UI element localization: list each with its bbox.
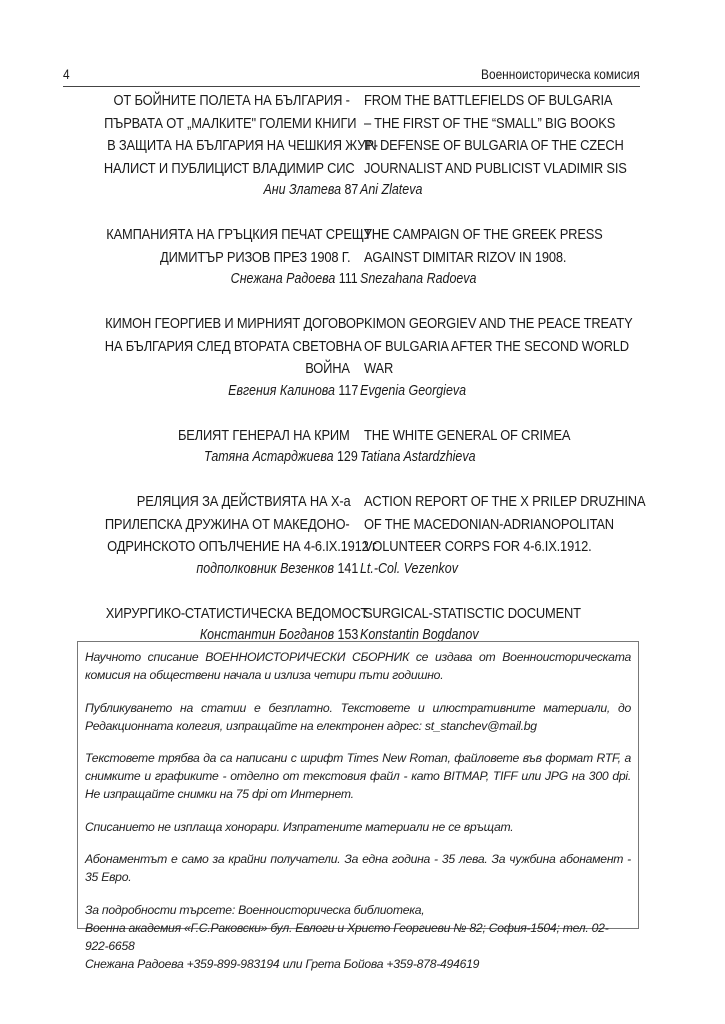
title-bulgarian: КАМПАНИЯТА НА ГРЪЦКИЯ ПЕЧАТ СРЕЩУДИМИТЪР… (63, 224, 358, 269)
author-english: Snezahana Radoeva (360, 269, 476, 289)
toc-entry: ОТ БОЙНИТЕ ПОЛЕТА НА БЪЛГАРИЯ -ПЪРВАТА О… (63, 90, 653, 200)
author-bulgarian: Татяна Астарджиева (204, 449, 333, 465)
title-english: ACTION REPORT OF THE X PRILEP DRUZHINAOF… (358, 491, 653, 559)
title-line: ACTION REPORT OF THE X PRILEP DRUZHINA (364, 491, 645, 514)
author-bulgarian: Ани Златева (263, 182, 341, 198)
title-line: КИМОН ГЕОРГИЕВ И МИРНИЯТ ДОГОВОР (105, 313, 364, 336)
author-english: Tatiana Astardzhieva (360, 447, 476, 467)
contact-info: За подробности търсете: Военноисторическ… (85, 901, 631, 973)
title-line: KIMON GEORGIEV AND THE PEACE TREATY (364, 313, 633, 336)
title-line: ПРИЛЕПСКА ДРУЖИНА ОТ МАКЕДОНО- (105, 514, 350, 537)
title-english: THE CAMPAIGN OF THE GREEK PRESSAGAINST D… (358, 224, 653, 269)
toc-entry: ХИРУРГИКО-СТАТИСТИЧЕСКА ВЕДОМОСТSURGICAL… (63, 603, 653, 646)
page-ref: 111 (339, 271, 358, 287)
publication-info-box: Научното списание ВОЕННОИСТОРИЧЕСКИ СБОР… (77, 641, 639, 929)
title-bulgarian: ХИРУРГИКО-СТАТИСТИЧЕСКА ВЕДОМОСТ (63, 603, 358, 626)
contact-line: За подробности търсете: Военноисторическ… (85, 903, 424, 917)
page-ref: 87 (344, 182, 358, 198)
author-english: Evgenia Georgieva (360, 381, 466, 401)
title-line: – THE FIRST OF THE “SMALL” BIG BOOKS (364, 113, 615, 136)
title-line: РЕЛЯЦИЯ ЗА ДЕЙСТВИЯТА НА Х-а (136, 491, 350, 514)
author-english: Ani Zlateva (360, 180, 422, 200)
title-line: НАЛИСТ И ПУБЛИЦИСТ ВЛАДИМИР СИС (104, 158, 355, 181)
running-title: Военноисторическа комисия (481, 66, 640, 82)
info-paragraph: Абонаментът е само за крайни получатели.… (85, 850, 631, 886)
document-page: 4 Военноисторическа комисия ОТ БОЙНИТЕ П… (0, 0, 725, 1024)
author-english: Lt.-Col. Vezenkov (360, 559, 458, 579)
title-line: FROM THE BATTLEFIELDS OF BULGARIA (364, 90, 612, 113)
author-bulgarian: Снежана Радоева (231, 271, 336, 287)
info-paragraph: Публикуването на статии е безплатно. Тек… (85, 699, 631, 735)
contact-line: Военна академия «Г.С.Раковски» бул. Евло… (85, 921, 609, 953)
title-line: OF BULGARIA AFTER THE SECOND WORLD (364, 336, 629, 359)
title-line: ХИРУРГИКО-СТАТИСТИЧЕСКА ВЕДОМОСТ (106, 603, 368, 626)
table-of-contents: ОТ БОЙНИТЕ ПОЛЕТА НА БЪЛГАРИЯ -ПЪРВАТА О… (63, 90, 653, 669)
running-header: 4 Военноисторическа комисия (63, 66, 640, 87)
title-line: THE CAMPAIGN OF THE GREEK PRESS (364, 224, 603, 247)
title-line: OF THE MACEDONIAN-ADRIANOPOLITAN (364, 514, 614, 537)
page-ref: 129 (337, 449, 358, 465)
author-bulgarian: подполковник Везенков (196, 561, 334, 577)
title-line: VOLUNTEER CORPS FOR 4-6.IX.1912. (364, 536, 591, 559)
title-line: НА БЪЛГАРИЯ СЛЕД ВТОРАТА СВЕТОВНА (105, 336, 362, 359)
title-line: ОДРИНСКОТО ОПЪЛЧЕНИЕ НА 4-6.IX.1912 г. (107, 536, 378, 559)
author-bulgarian: Евгения Калинова (228, 383, 335, 399)
title-line: THE WHITE GENERAL OF CRIMEA (364, 425, 570, 448)
title-bulgarian: БЕЛИЯТ ГЕНЕРАЛ НА КРИМ (63, 425, 358, 448)
toc-entry: БЕЛИЯТ ГЕНЕРАЛ НА КРИМTHE WHITE GENERAL … (63, 425, 653, 468)
info-paragraph: Научното списание ВОЕННОИСТОРИЧЕСКИ СБОР… (85, 648, 631, 684)
title-english: SURGICAL-STATISCTIC DOCUMENT (358, 603, 653, 626)
title-line: КАМПАНИЯТА НА ГРЪЦКИЯ ПЕЧАТ СРЕЩУ (106, 224, 371, 247)
page-number: 4 (63, 66, 70, 82)
title-bulgarian: ОТ БОЙНИТЕ ПОЛЕТА НА БЪЛГАРИЯ -ПЪРВАТА О… (63, 90, 358, 180)
info-paragraph: Текстовете трябва да са написани с шрифт… (85, 749, 631, 803)
title-line: AGAINST DIMITAR RIZOV IN 1908. (364, 247, 566, 270)
title-line: JOURNALIST AND PUBLICIST VLADIMIR SIS (364, 158, 627, 181)
toc-entry: КИМОН ГЕОРГИЕВ И МИРНИЯТ ДОГОВОРНА БЪЛГА… (63, 313, 653, 401)
title-line: ПЪРВАТА ОТ „МАЛКИТЕ" ГОЛЕМИ КНИГИ (104, 113, 356, 136)
toc-entry: РЕЛЯЦИЯ ЗА ДЕЙСТВИЯТА НА Х-аПРИЛЕПСКА ДР… (63, 491, 653, 579)
title-line: ВОЙНА (305, 358, 350, 381)
title-english: THE WHITE GENERAL OF CRIMEA (358, 425, 653, 448)
toc-entry: КАМПАНИЯТА НА ГРЪЦКИЯ ПЕЧАТ СРЕЩУДИМИТЪР… (63, 224, 653, 289)
title-line: ОТ БОЙНИТЕ ПОЛЕТА НА БЪЛГАРИЯ - (114, 90, 350, 113)
title-line: В ЗАЩИТА НА БЪЛГАРИЯ НА ЧЕШКИЯ ЖУР- (107, 135, 378, 158)
page-ref: 117 (338, 383, 358, 399)
info-paragraph: Списанието не изплаща хонорари. Изпратен… (85, 818, 631, 836)
title-line: WAR (364, 358, 393, 381)
title-english: KIMON GEORGIEV AND THE PEACE TREATYOF BU… (358, 313, 653, 381)
title-line: ДИМИТЪР РИЗОВ ПРЕЗ 1908 Г. (160, 247, 350, 270)
title-english: FROM THE BATTLEFIELDS OF BULGARIA– THE F… (358, 90, 653, 180)
title-line: SURGICAL-STATISCTIC DOCUMENT (364, 603, 581, 626)
title-bulgarian: РЕЛЯЦИЯ ЗА ДЕЙСТВИЯТА НА Х-аПРИЛЕПСКА ДР… (63, 491, 358, 559)
title-line: IN DEFENSE OF BULGARIA OF THE CZECH (364, 135, 624, 158)
title-line: БЕЛИЯТ ГЕНЕРАЛ НА КРИМ (178, 425, 350, 448)
title-bulgarian: КИМОН ГЕОРГИЕВ И МИРНИЯТ ДОГОВОРНА БЪЛГА… (63, 313, 358, 381)
contact-line: Снежана Радоева +359-899-983194 или Грет… (85, 957, 479, 971)
page-ref: 141 (337, 561, 358, 577)
